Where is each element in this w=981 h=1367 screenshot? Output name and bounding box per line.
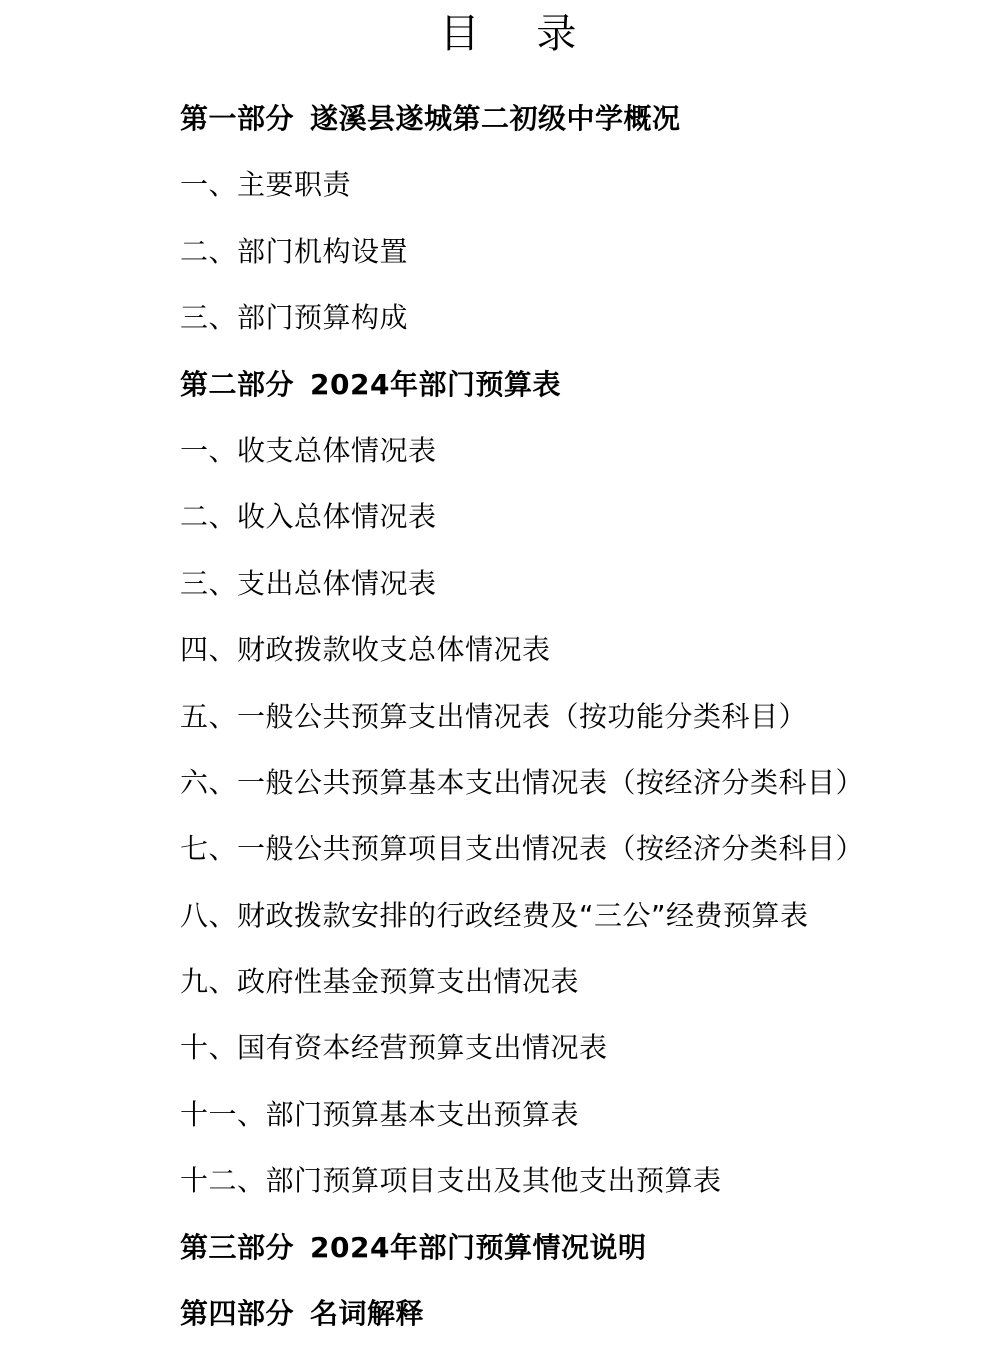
toc-part-1[interactable]: 第一部分遂溪县遂城第二初级中学概况 [180, 97, 864, 163]
toc-item[interactable]: 一、主要职责 [180, 163, 864, 229]
part-title: 名词解释 [310, 1297, 424, 1330]
toc-item[interactable]: 八、财政拨款安排的行政经费及“三公”经费预算表 [180, 894, 864, 960]
toc-item[interactable]: 十一、部门预算基本支出预算表 [180, 1093, 864, 1159]
toc-item[interactable]: 三、部门预算构成 [180, 296, 864, 362]
toc-item[interactable]: 二、部门机构设置 [180, 230, 864, 296]
toc-item[interactable]: 九、政府性基金预算支出情况表 [180, 960, 864, 1026]
toc-item[interactable]: 七、一般公共预算项目支出情况表（按经济分类科目） [180, 827, 864, 893]
toc-item[interactable]: 十、国有资本经营预算支出情况表 [180, 1026, 864, 1092]
part-label: 第三部分 [180, 1231, 294, 1264]
toc-part-3[interactable]: 第三部分2024年部门预算情况说明 [180, 1226, 864, 1292]
part-title: 遂溪县遂城第二初级中学概况 [310, 102, 681, 135]
part-label: 第一部分 [180, 102, 294, 135]
toc-item[interactable]: 六、一般公共预算基本支出情况表（按经济分类科目） [180, 761, 864, 827]
page-title: 目 录 [0, 10, 981, 58]
part-title: 2024年部门预算情况说明 [310, 1231, 646, 1264]
toc-part-4[interactable]: 第四部分名词解释 [180, 1292, 864, 1358]
toc-item[interactable]: 二、收入总体情况表 [180, 495, 864, 561]
toc-item[interactable]: 五、一般公共预算支出情况表（按功能分类科目） [180, 695, 864, 761]
toc-item[interactable]: 三、支出总体情况表 [180, 562, 864, 628]
toc-item[interactable]: 十二、部门预算项目支出及其他支出预算表 [180, 1159, 864, 1225]
toc-part-2[interactable]: 第二部分2024年部门预算表 [180, 363, 864, 429]
toc-item[interactable]: 四、财政拨款收支总体情况表 [180, 628, 864, 694]
part-title: 2024年部门预算表 [310, 368, 561, 401]
table-of-contents: 第一部分遂溪县遂城第二初级中学概况 一、主要职责 二、部门机构设置 三、部门预算… [180, 97, 864, 1358]
part-label: 第二部分 [180, 368, 294, 401]
part-label: 第四部分 [180, 1297, 294, 1330]
toc-item[interactable]: 一、收支总体情况表 [180, 429, 864, 495]
